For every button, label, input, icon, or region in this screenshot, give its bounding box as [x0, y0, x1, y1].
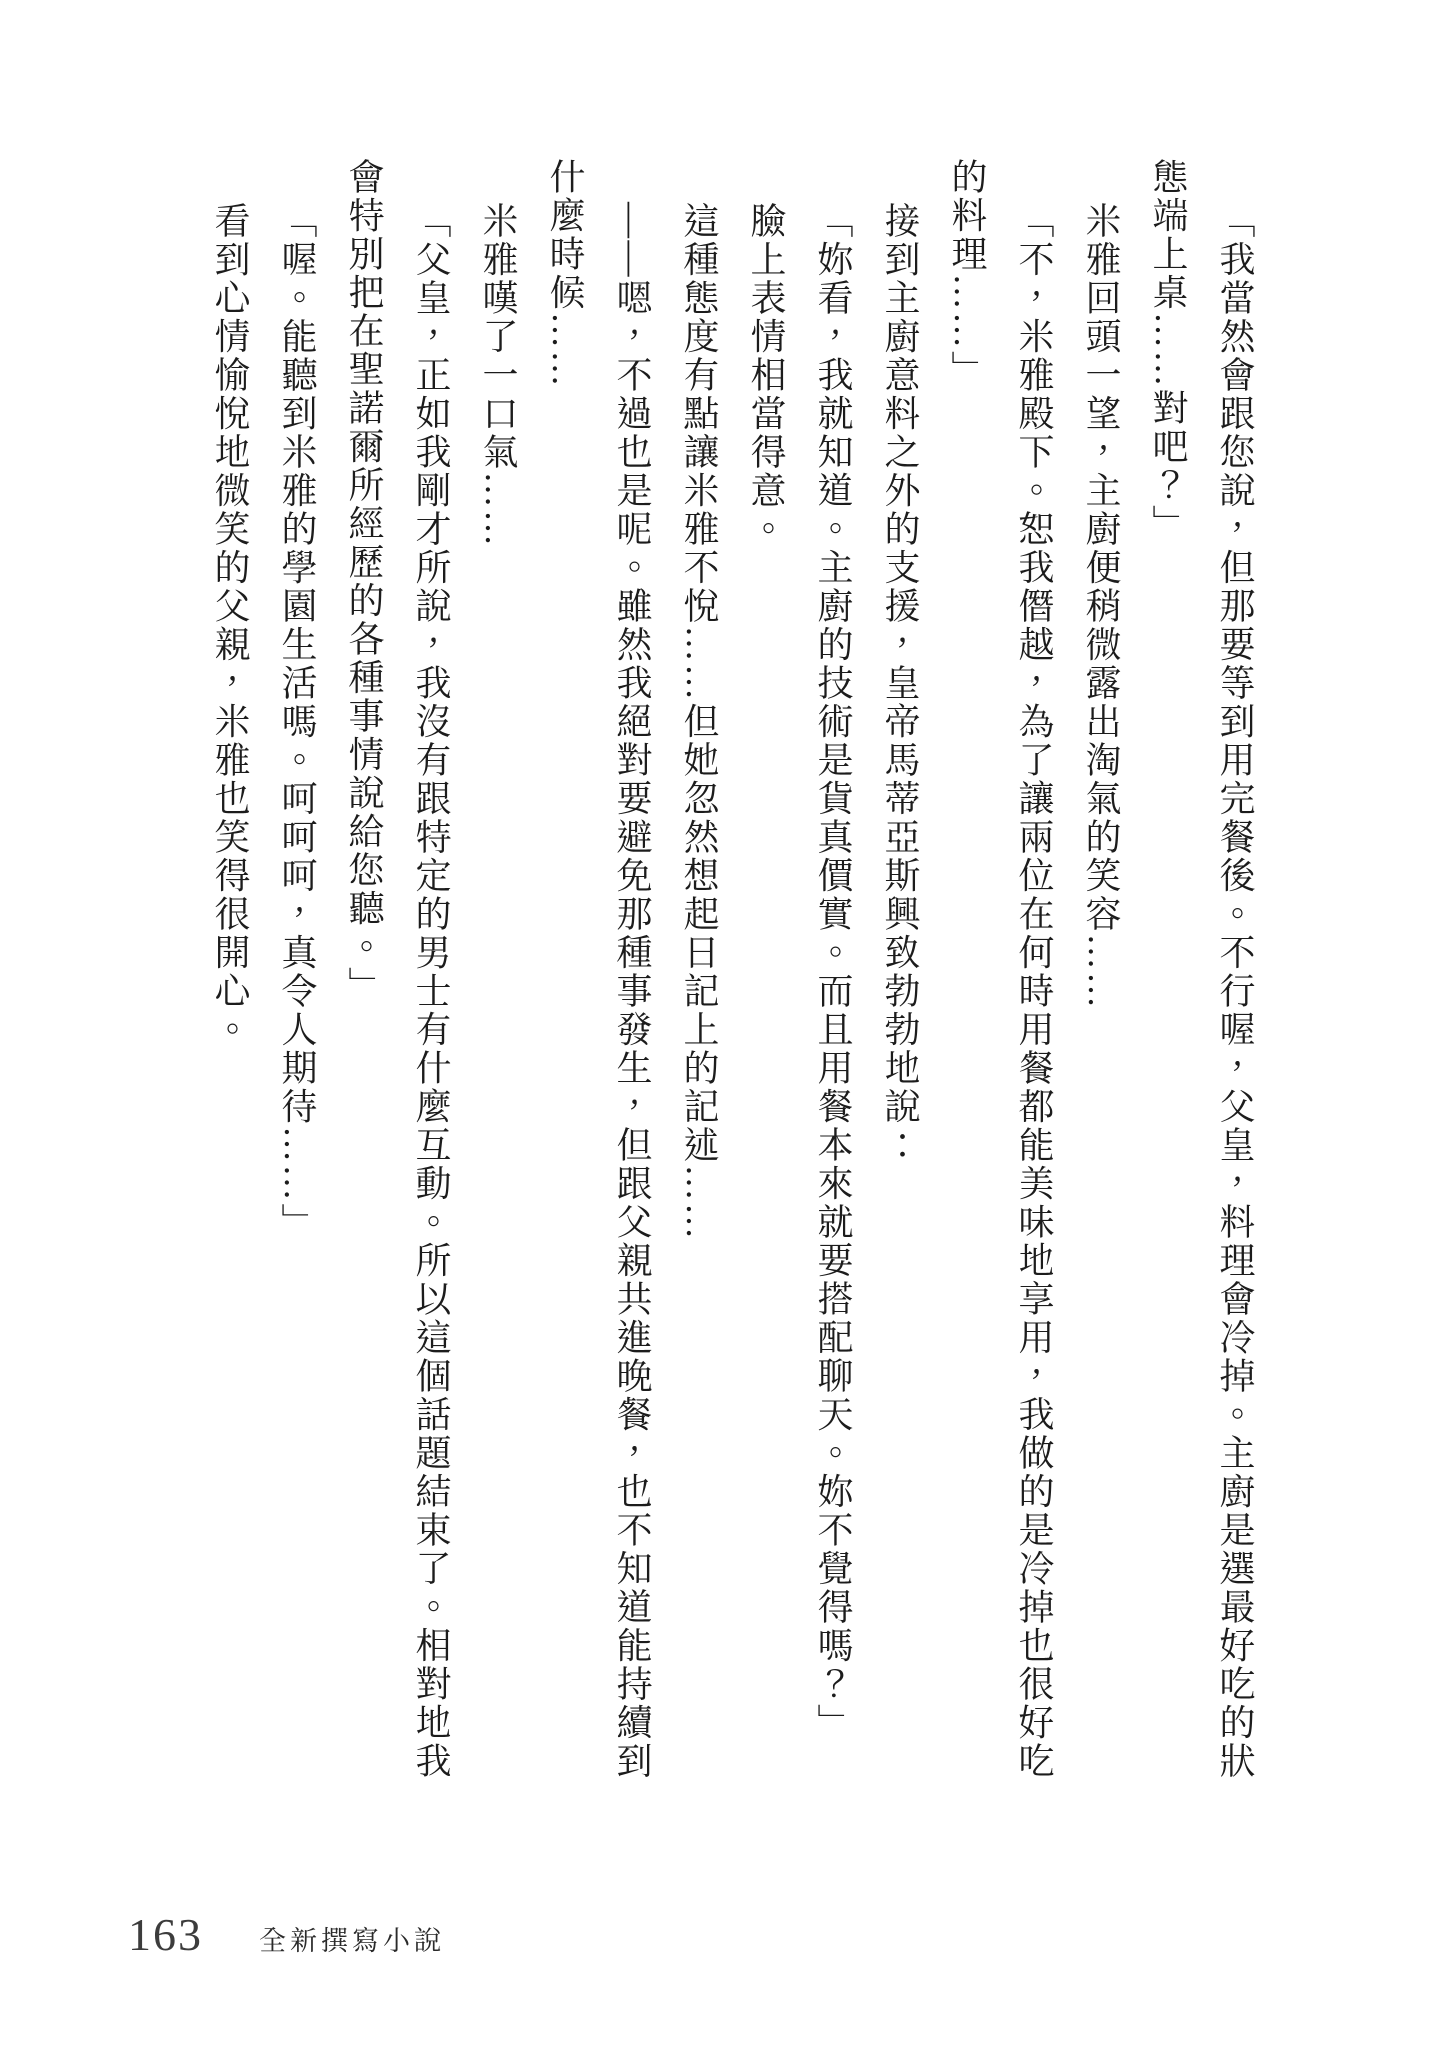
book-page: 「我當然會跟您說，但那要等到用完餐後。不行喔，父皇，料理會冷掉。主廚是選最好吃的… [0, 0, 1440, 2048]
text-column: ——嗯，不過也是呢。雖然我絕對要避免那種事發生，但跟父親共進晚餐，也不知道能持續… [598, 158, 665, 1813]
text-column: 米雅回頭一望，主廚便稍微露出淘氣的笑容…… [1067, 158, 1134, 1813]
text-column: 接到主廚意料之外的支援，皇帝馬蒂亞斯興致勃勃地說： [866, 158, 933, 1813]
page-text-body: 「我當然會跟您說，但那要等到用完餐後。不行喔，父皇，料理會冷掉。主廚是選最好吃的… [196, 158, 1268, 1813]
text-column: 這種態度有點讓米雅不悅……但她忽然想起日記上的記述…… [665, 158, 732, 1813]
text-column: 「不，米雅殿下。恕我僭越，為了讓兩位在何時用餐都能美味地享用，我做的是冷掉也很好… [1000, 158, 1067, 1813]
text-column: 米雅嘆了一口氣…… [464, 158, 531, 1813]
text-column: 臉上表情相當得意。 [732, 158, 799, 1813]
page-number: 163 [128, 1908, 203, 1961]
text-column: 看到心情愉悅地微笑的父親，米雅也笑得很開心。 [196, 158, 263, 1813]
page-footer: 163 全新撰寫小說 [128, 1908, 445, 1961]
text-column: 「喔。能聽到米雅的學園生活嗎。呵呵呵，真令人期待……」 [263, 158, 330, 1813]
text-column: 「妳看，我就知道。主廚的技術是貨真價實。而且用餐本來就要搭配聊天。妳不覺得嗎？」 [799, 158, 866, 1813]
text-column: 會特別把在聖諾爾所經歷的各種事情說給您聽。」 [330, 158, 397, 1813]
running-title: 全新撰寫小說 [259, 1919, 445, 1958]
text-column: 的料理……」 [933, 158, 1000, 1813]
text-column: 態端上桌……對吧？」 [1134, 158, 1201, 1813]
text-column: 什麼時候…… [531, 158, 598, 1813]
text-column: 「我當然會跟您說，但那要等到用完餐後。不行喔，父皇，料理會冷掉。主廚是選最好吃的… [1201, 158, 1268, 1813]
text-column: 「父皇，正如我剛才所說，我沒有跟特定的男士有什麼互動。所以這個話題結束了。相對地… [397, 158, 464, 1813]
